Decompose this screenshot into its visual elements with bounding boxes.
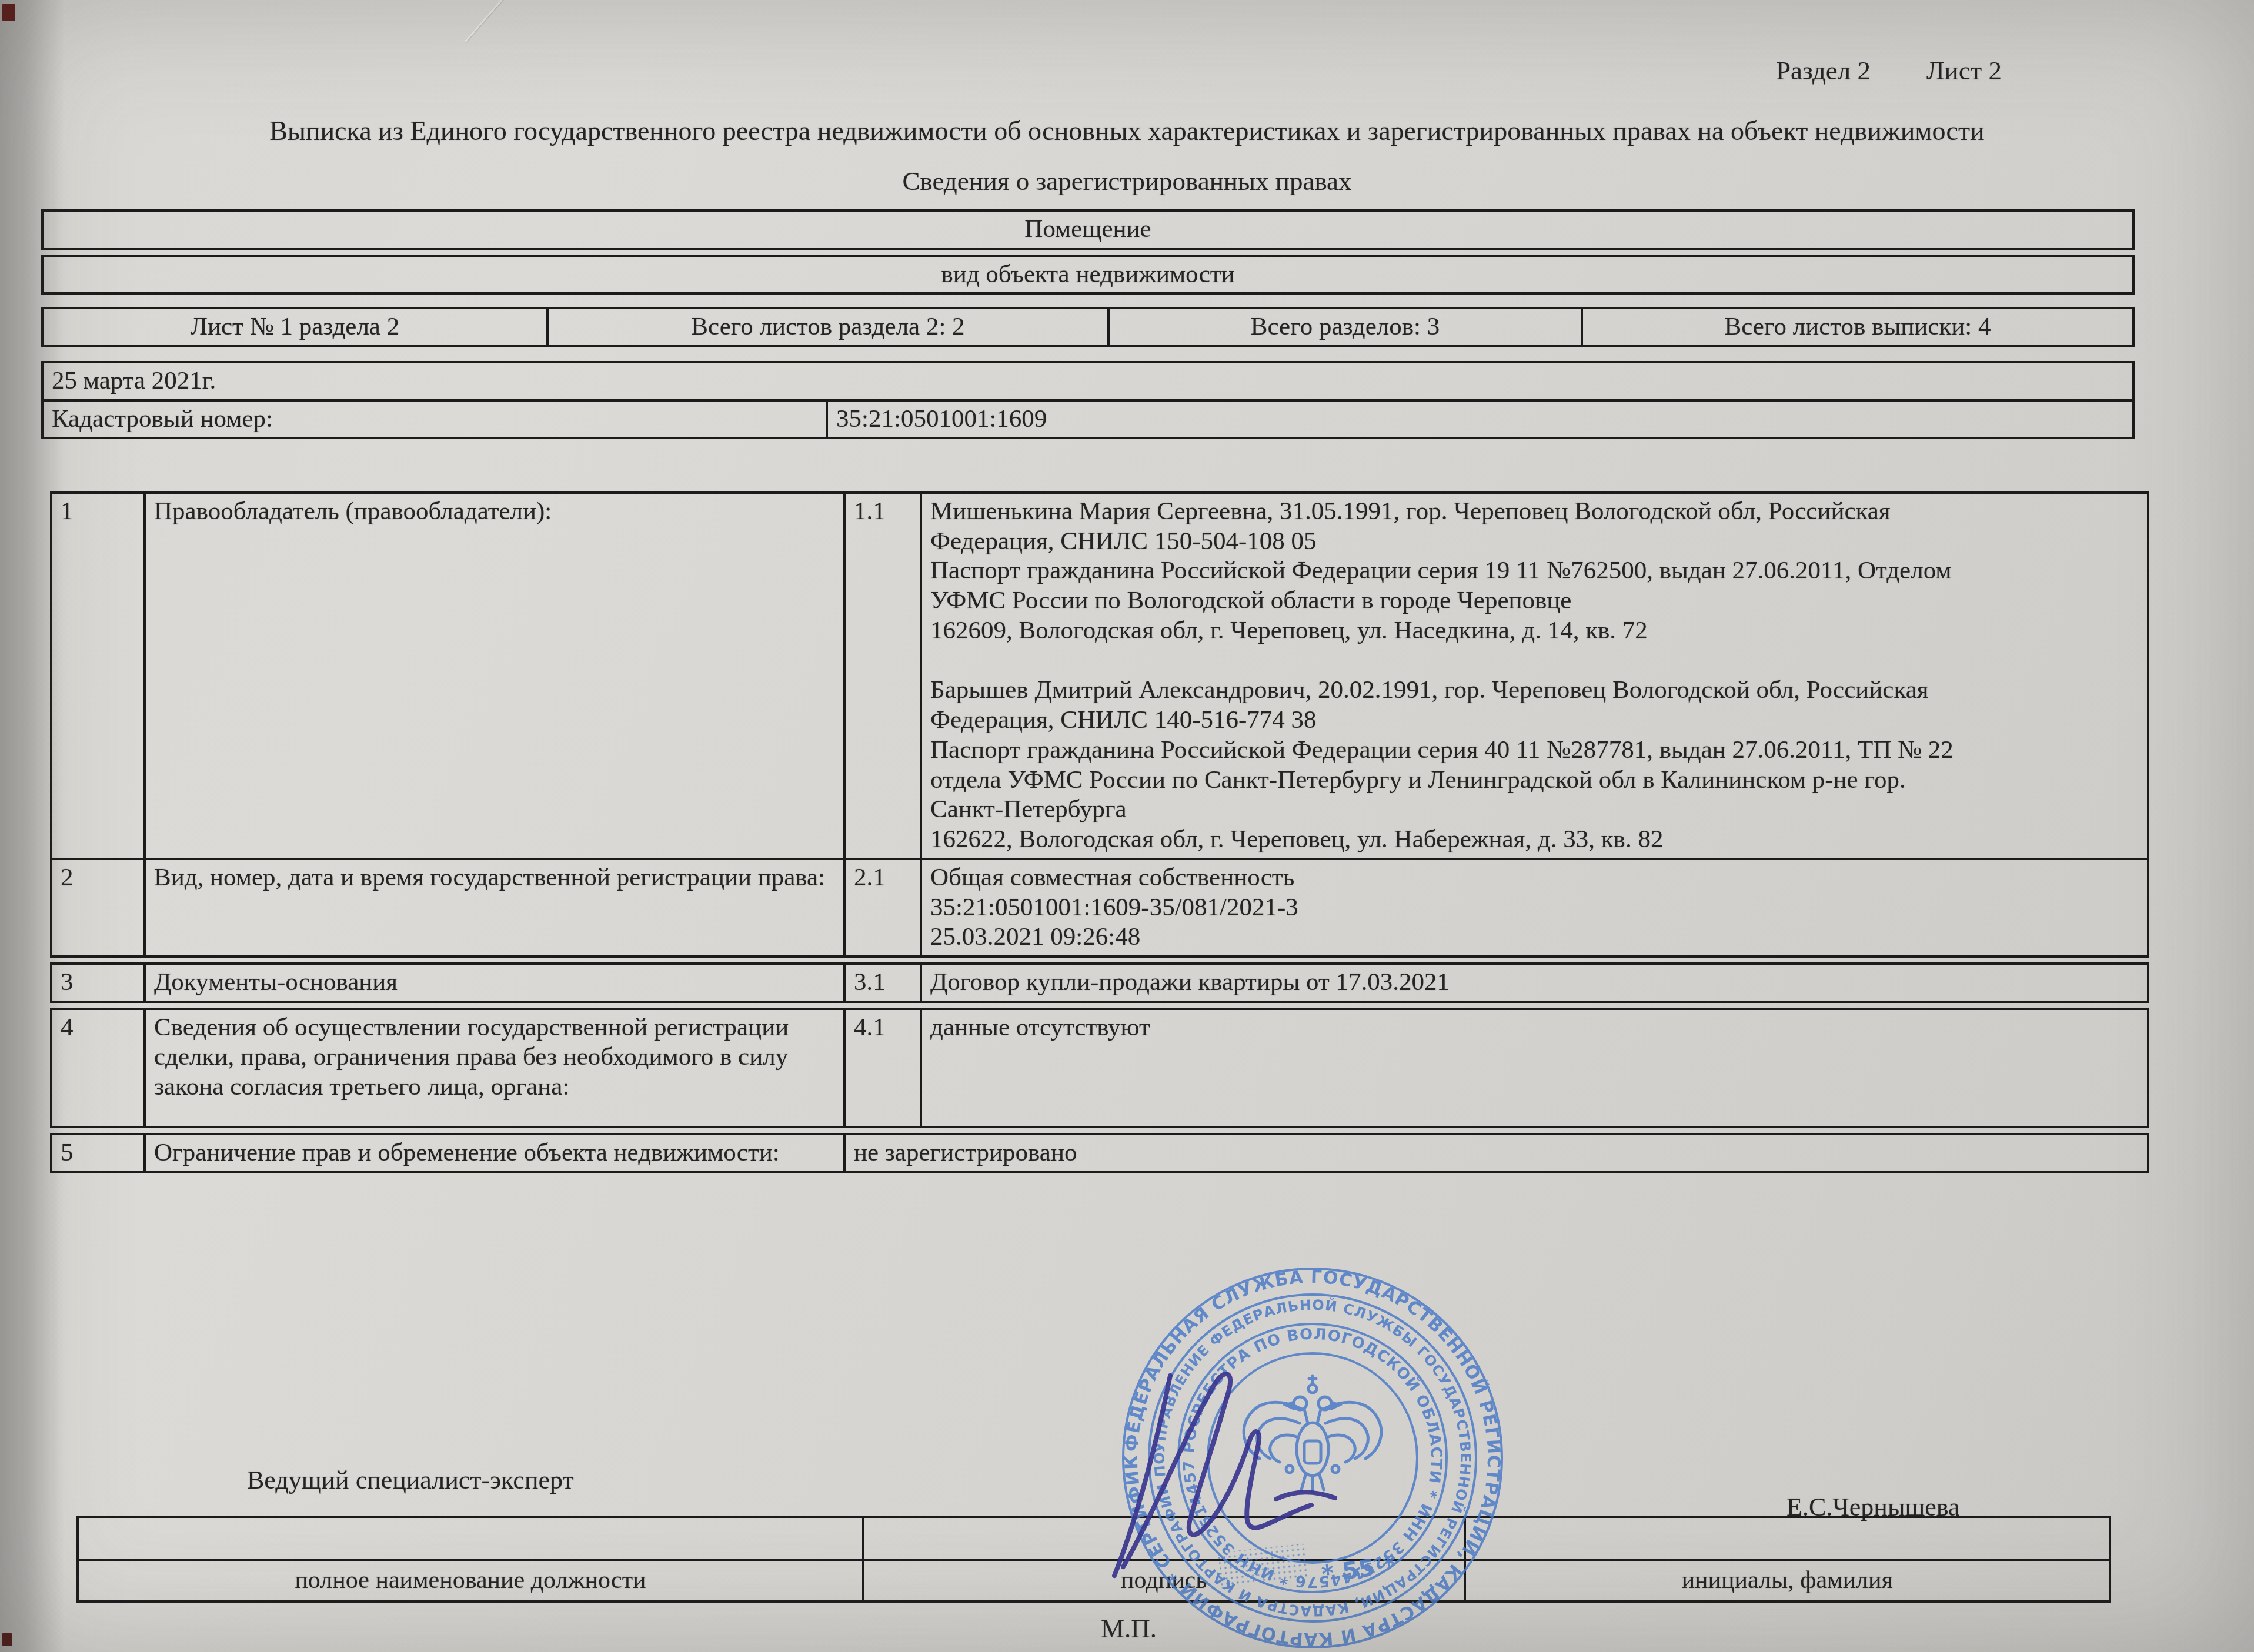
row-number: 5 <box>52 1135 143 1171</box>
row-value: не зарегистрировано <box>843 1135 2147 1171</box>
row-subnumber: 3.1 <box>843 965 920 1001</box>
document-photo: Раздел 2 Лист 2 Выписка из Единого госуд… <box>0 0 2254 1652</box>
sheet-info-cell-4: Всего листов выписки: 4 <box>1581 309 2132 345</box>
signer-position: Ведущий специалист-эксперт <box>247 1465 574 1495</box>
sheet-label: Лист 2 <box>1926 55 2002 86</box>
object-type-value: Помещение <box>44 212 2132 248</box>
sheet-info-cell-1: Лист № 1 раздела 2 <box>44 309 546 345</box>
cadastral-number-value: 35:21:0501001:1609 <box>826 402 2132 437</box>
rights-table: 1 Правообладатель (правообладатели): 1.1… <box>50 491 2149 1173</box>
cadastral-number-label: Кадастровый номер: <box>44 402 826 437</box>
sheet-info-table: Лист № 1 раздела 2 Всего листов раздела … <box>41 307 2135 347</box>
sheet-info-cell-2: Всего листов раздела 2: 2 <box>546 309 1107 345</box>
row-number: 2 <box>52 860 143 955</box>
object-type-table: Помещение вид объекта недвижимости <box>41 209 2135 295</box>
row-label: Сведения об осуществлении государственно… <box>143 1010 843 1126</box>
row-value: Общая совместная собственность 35:21:050… <box>920 860 2147 955</box>
section-sheet-header: Раздел 2 Лист 2 <box>1776 55 2002 86</box>
row-subnumber: 1.1 <box>843 494 920 858</box>
caption-position: полное наименование должности <box>79 1559 862 1600</box>
row-number: 4 <box>52 1010 143 1126</box>
row-subnumber: 2.1 <box>843 860 920 955</box>
sheet-info-cell-3: Всего разделов: 3 <box>1107 309 1581 345</box>
corner-mark <box>2 4 15 21</box>
issue-date: 25 марта 2021г. <box>44 363 2132 399</box>
row-number: 1 <box>52 494 143 858</box>
caption-name: инициалы, фамилия <box>1464 1559 2109 1600</box>
row-label: Ограничение прав и обременение объекта н… <box>143 1135 843 1171</box>
object-type-caption: вид объекта недвижимости <box>44 257 2132 293</box>
page-subtitle: Сведения о зарегистрированных правах <box>0 166 2254 196</box>
row-value: данные отсутствуют <box>920 1010 2147 1126</box>
signature-cell-position <box>79 1518 862 1559</box>
row-subnumber: 4.1 <box>843 1010 920 1126</box>
row-value: Договор купли-продажи квартиры от 17.03.… <box>920 965 2147 1001</box>
date-cadastral-table: 25 марта 2021г. Кадастровый номер: 35:21… <box>41 361 2135 439</box>
row-label: Вид, номер, дата и время государственной… <box>143 860 843 955</box>
section-label: Раздел 2 <box>1776 55 1871 86</box>
row-value: Мишенькина Мария Сергеевна, 31.05.1991, … <box>920 494 2147 858</box>
handwritten-signature <box>1082 1340 1388 1593</box>
row-label: Документы-основания <box>143 965 843 1001</box>
signature-cell-name <box>1464 1518 2109 1559</box>
row-label: Правообладатель (правообладатели): <box>143 494 843 858</box>
page-title: Выписка из Единого государственного реес… <box>0 115 2254 146</box>
row-number: 3 <box>52 965 143 1001</box>
corner-mark <box>2 1633 12 1646</box>
